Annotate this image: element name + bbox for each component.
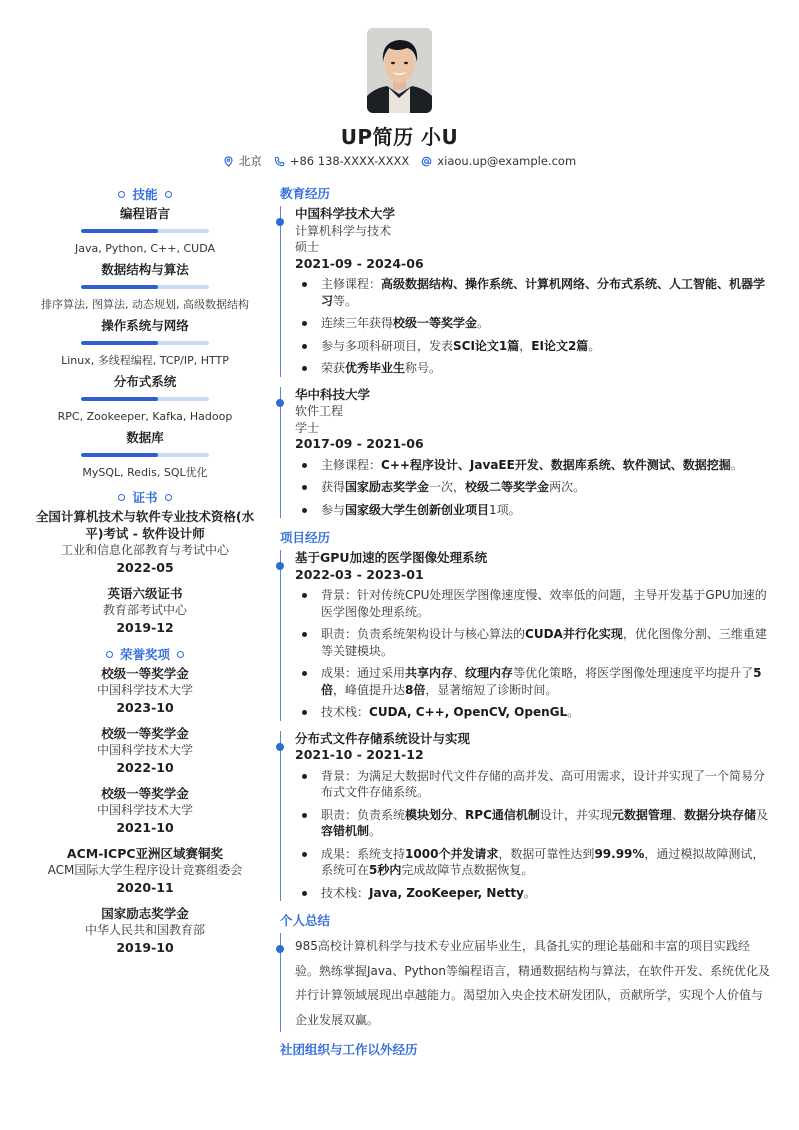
contact-phone: +86 138-XXXX-XXXX bbox=[274, 153, 409, 169]
candidate-name: UP简历 小U bbox=[0, 121, 799, 150]
cert-item-title: 全国计算机技术与软件专业技术资格(水平)考试 - 软件设计师 bbox=[30, 508, 260, 542]
projects-list: 基于GPU加速的医学图像处理系统2022-03 - 2023-01背景：针对传统… bbox=[280, 550, 770, 901]
skill-name: 数据结构与算法 bbox=[30, 260, 260, 280]
bullet-list: 主修课程：高级数据结构、操作系统、计算机网络、分布式系统、人工智能、机器学习等。… bbox=[295, 276, 770, 377]
skill-item: 操作系统与网络Linux, 多线程编程, TCP/IP, HTTP bbox=[30, 316, 260, 370]
bullet-item: 参与国家级大学生创新创业项目1项。 bbox=[295, 502, 770, 519]
education-heading: 教育经历 bbox=[280, 184, 770, 206]
timeline-dot bbox=[276, 218, 284, 226]
award-item: 校级一等奖学金中国科学技术大学2022-10 bbox=[30, 725, 260, 776]
award-item-date: 2021-10 bbox=[30, 819, 260, 836]
bullet-item: 成果：系统支持1000个并发请求，数据可靠性达到99.99%，通过模拟故障测试，… bbox=[295, 846, 770, 879]
bullet-item: 背景：针对传统CPU处理医学图像速度慢、效率低的问题，主导开发基于GPU加速的医… bbox=[295, 587, 770, 620]
cert-item-date: 2022-05 bbox=[30, 559, 260, 576]
bullet-item: 技术栈：CUDA, C++, OpenCV, OpenGL。 bbox=[295, 704, 770, 721]
phone-text[interactable]: +86 138-XXXX-XXXX bbox=[290, 154, 409, 168]
certs-list: 全国计算机技术与软件专业技术资格(水平)考试 - 软件设计师工业和信息化部教育与… bbox=[30, 508, 260, 636]
ring-icon bbox=[177, 651, 184, 658]
ring-icon bbox=[165, 191, 172, 198]
award-item-title: 校级一等奖学金 bbox=[30, 665, 260, 682]
ring-icon bbox=[165, 494, 172, 501]
project-period: 2022-03 - 2023-01 bbox=[295, 567, 770, 584]
extracurricular-heading: 社团组织与工作以外经历 bbox=[280, 1040, 770, 1062]
bullet-list: 背景：针对传统CPU处理医学图像速度慢、效率低的问题，主导开发基于GPU加速的医… bbox=[295, 587, 770, 721]
contact-location: 北京 bbox=[223, 153, 262, 169]
period: 2021-09 - 2024-06 bbox=[295, 256, 770, 273]
skill-item: 编程语言Java, Python, C++, CUDA bbox=[30, 204, 260, 258]
award-item-org: 中国科学技术大学 bbox=[30, 802, 260, 819]
summary-entry: 985高校计算机科学与技术专业应届毕业生，具备扎实的理论基础和丰富的项目实践经验… bbox=[280, 933, 770, 1032]
skill-level-fill bbox=[81, 229, 158, 233]
skill-desc: Linux, 多线程编程, TCP/IP, HTTP bbox=[30, 351, 260, 370]
bullet-item: 背景：为满足大数据时代文件存储的高并发、高可用需求，设计并实现了一个简易分布式文… bbox=[295, 768, 770, 801]
bullet-item: 参与多项科研项目，发表SCI论文1篇，EI论文2篇。 bbox=[295, 338, 770, 355]
degree: 硕士 bbox=[295, 239, 770, 256]
bullet-item: 获得国家励志奖学金一次，校级二等奖学金两次。 bbox=[295, 479, 770, 496]
skill-desc: RPC, Zookeeper, Kafka, Hadoop bbox=[30, 407, 260, 426]
project-name: 基于GPU加速的医学图像处理系统 bbox=[295, 550, 770, 567]
ring-icon bbox=[118, 494, 125, 501]
bullet-item: 技术栈：Java, ZooKeeper, Netty。 bbox=[295, 885, 770, 902]
school-name: 中国科学技术大学 bbox=[295, 206, 770, 223]
bullet-item: 连续三年获得校级一等奖学金。 bbox=[295, 315, 770, 332]
contact-email: xiaou.up@example.com bbox=[421, 153, 576, 169]
award-item: 国家励志奖学金中华人民共和国教育部2019-10 bbox=[30, 905, 260, 956]
award-item-org: ACM国际大学生程序设计竞赛组委会 bbox=[30, 862, 260, 879]
summary-text: 985高校计算机科学与技术专业应届毕业生，具备扎实的理论基础和丰富的项目实践经验… bbox=[295, 933, 770, 1032]
award-item-title: 校级一等奖学金 bbox=[30, 785, 260, 802]
timeline-dot bbox=[276, 945, 284, 953]
skill-item: 数据结构与算法排序算法, 图算法, 动态规划, 高级数据结构 bbox=[30, 260, 260, 314]
main-content: 教育经历 中国科学技术大学计算机科学与技术硕士2021-09 - 2024-06… bbox=[280, 184, 770, 1062]
award-item-org: 中国科学技术大学 bbox=[30, 682, 260, 699]
skill-name: 操作系统与网络 bbox=[30, 316, 260, 336]
cert-item: 英语六级证书教育部考试中心2019-12 bbox=[30, 585, 260, 636]
award-item-title: 国家励志奖学金 bbox=[30, 905, 260, 922]
email-text[interactable]: xiaou.up@example.com bbox=[437, 154, 576, 168]
education-entry: 华中科技大学软件工程学士2017-09 - 2021-06主修课程：C++程序设… bbox=[280, 387, 770, 519]
ring-icon bbox=[106, 651, 113, 658]
skill-level-fill bbox=[81, 453, 158, 457]
award-item-title: ACM-ICPC亚洲区域赛铜奖 bbox=[30, 845, 260, 862]
certs-heading: 证书 bbox=[30, 487, 260, 507]
bullet-item: 主修课程：高级数据结构、操作系统、计算机网络、分布式系统、人工智能、机器学习等。 bbox=[295, 276, 770, 309]
bullet-item: 主修课程：C++程序设计、JavaEE开发、数据库系统、软件测试、数据挖掘。 bbox=[295, 457, 770, 474]
skill-level-fill bbox=[81, 341, 158, 345]
skill-name: 分布式系统 bbox=[30, 372, 260, 392]
timeline-dot bbox=[276, 399, 284, 407]
award-item-org: 中国科学技术大学 bbox=[30, 742, 260, 759]
award-item-date: 2020-11 bbox=[30, 879, 260, 896]
skill-level-bar bbox=[81, 341, 209, 345]
skill-desc: MySQL, Redis, SQL优化 bbox=[30, 463, 260, 482]
timeline-dot bbox=[276, 562, 284, 570]
major: 计算机科学与技术 bbox=[295, 223, 770, 240]
skill-level-fill bbox=[81, 285, 158, 289]
cert-item: 全国计算机技术与软件专业技术资格(水平)考试 - 软件设计师工业和信息化部教育与… bbox=[30, 508, 260, 576]
award-item-org: 中华人民共和国教育部 bbox=[30, 922, 260, 939]
location-text: 北京 bbox=[239, 153, 262, 169]
skill-level-bar bbox=[81, 285, 209, 289]
skills-list: 编程语言Java, Python, C++, CUDA数据结构与算法排序算法, … bbox=[30, 204, 260, 482]
degree: 学士 bbox=[295, 420, 770, 437]
project-entry: 分布式文件存储系统设计与实现2021-10 - 2021-12背景：为满足大数据… bbox=[280, 731, 770, 902]
profile-photo bbox=[367, 28, 432, 113]
bullet-item: 职责：负责系统模块划分、RPC通信机制设计，并实现元数据管理、数据分块存储及容错… bbox=[295, 807, 770, 840]
major: 软件工程 bbox=[295, 403, 770, 420]
project-entry: 基于GPU加速的医学图像处理系统2022-03 - 2023-01背景：针对传统… bbox=[280, 550, 770, 721]
cert-item-org: 教育部考试中心 bbox=[30, 602, 260, 619]
awards-heading: 荣誉奖项 bbox=[30, 644, 260, 664]
ring-icon bbox=[118, 191, 125, 198]
projects-heading: 项目经历 bbox=[280, 528, 770, 550]
award-item: ACM-ICPC亚洲区域赛铜奖ACM国际大学生程序设计竞赛组委会2020-11 bbox=[30, 845, 260, 896]
skill-level-bar bbox=[81, 397, 209, 401]
bullet-list: 背景：为满足大数据时代文件存储的高并发、高可用需求，设计并实现了一个简易分布式文… bbox=[295, 768, 770, 902]
bullet-list: 主修课程：C++程序设计、JavaEE开发、数据库系统、软件测试、数据挖掘。获得… bbox=[295, 457, 770, 519]
award-item-title: 校级一等奖学金 bbox=[30, 725, 260, 742]
skill-level-bar bbox=[81, 229, 209, 233]
award-item: 校级一等奖学金中国科学技术大学2023-10 bbox=[30, 665, 260, 716]
skill-desc: 排序算法, 图算法, 动态规划, 高级数据结构 bbox=[30, 295, 260, 314]
school-name: 华中科技大学 bbox=[295, 387, 770, 404]
map-pin-icon bbox=[223, 156, 234, 167]
skill-item: 分布式系统RPC, Zookeeper, Kafka, Hadoop bbox=[30, 372, 260, 426]
education-entry: 中国科学技术大学计算机科学与技术硕士2021-09 - 2024-06主修课程：… bbox=[280, 206, 770, 377]
awards-list: 校级一等奖学金中国科学技术大学2023-10校级一等奖学金中国科学技术大学202… bbox=[30, 665, 260, 956]
award-item-date: 2022-10 bbox=[30, 759, 260, 776]
skill-level-fill bbox=[81, 397, 158, 401]
skill-name: 数据库 bbox=[30, 428, 260, 448]
period: 2017-09 - 2021-06 bbox=[295, 436, 770, 453]
bullet-item: 成果：通过采用共享内存、纹理内存等优化策略，将医学图像处理速度平均提升了5倍，峰… bbox=[295, 665, 770, 698]
award-item-date: 2019-10 bbox=[30, 939, 260, 956]
skill-level-bar bbox=[81, 453, 209, 457]
award-item-date: 2023-10 bbox=[30, 699, 260, 716]
project-period: 2021-10 - 2021-12 bbox=[295, 747, 770, 764]
bullet-item: 职责：负责系统架构设计与核心算法的CUDA并行化实现，优化图像分割、三维重建等关… bbox=[295, 626, 770, 659]
award-item: 校级一等奖学金中国科学技术大学2021-10 bbox=[30, 785, 260, 836]
timeline-dot bbox=[276, 743, 284, 751]
summary-heading: 个人总结 bbox=[280, 911, 770, 933]
skill-item: 数据库MySQL, Redis, SQL优化 bbox=[30, 428, 260, 482]
skills-heading: 技能 bbox=[30, 184, 260, 204]
skill-desc: Java, Python, C++, CUDA bbox=[30, 239, 260, 258]
education-list: 中国科学技术大学计算机科学与技术硕士2021-09 - 2024-06主修课程：… bbox=[280, 206, 770, 518]
at-sign-icon bbox=[421, 156, 432, 167]
bullet-item: 荣获优秀毕业生称号。 bbox=[295, 360, 770, 377]
project-name: 分布式文件存储系统设计与实现 bbox=[295, 731, 770, 748]
cert-item-title: 英语六级证书 bbox=[30, 585, 260, 602]
cert-item-date: 2019-12 bbox=[30, 619, 260, 636]
left-sidebar: 技能 编程语言Java, Python, C++, CUDA数据结构与算法排序算… bbox=[30, 184, 260, 965]
skill-name: 编程语言 bbox=[30, 204, 260, 224]
phone-icon bbox=[274, 156, 285, 167]
cert-item-org: 工业和信息化部教育与考试中心 bbox=[30, 542, 260, 559]
contact-bar: 北京 +86 138-XXXX-XXXX xiaou.up@example.co… bbox=[0, 153, 799, 169]
